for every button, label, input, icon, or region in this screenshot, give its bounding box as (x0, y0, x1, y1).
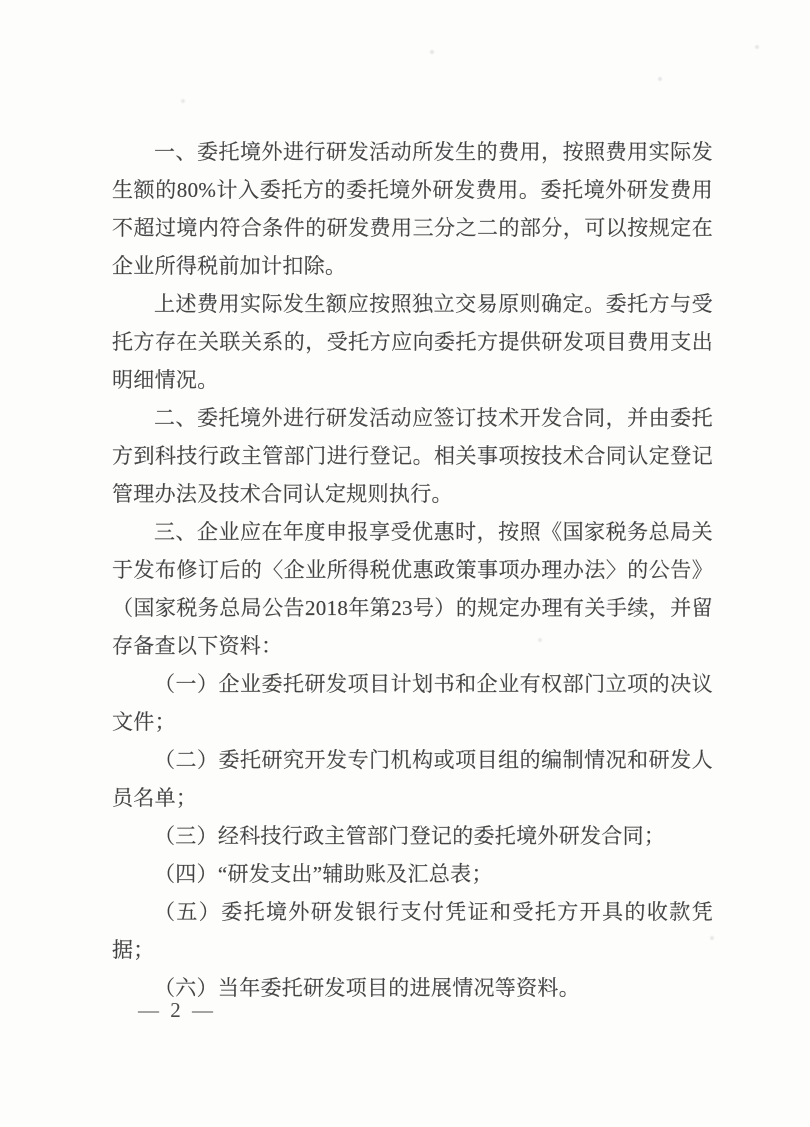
paragraph: （三）经科技行政主管部门登记的委托境外研发合同； (112, 817, 713, 855)
paragraph: 上述费用实际发生额应按照独立交易原则确定。委托方与受托方存在关联关系的，受托方应… (112, 285, 713, 399)
document-body: 一、委托境外进行研发活动所发生的费用，按照费用实际发生额的80%计入委托方的委托… (112, 133, 713, 1007)
paragraph: （五）委托境外研发银行支付凭证和受托方开具的收款凭据； (112, 893, 713, 969)
page-number: — 2 — (138, 998, 216, 1022)
paragraph: （二）委托研究开发专门机构或项目组的编制情况和研发人员名单； (112, 741, 713, 817)
paragraph: （四）“研发支出”辅助账及汇总表； (112, 855, 713, 893)
paragraph: 二、委托境外进行研发活动应签订技术开发合同，并由委托方到科技行政主管部门进行登记… (112, 399, 713, 513)
paragraph: 三、企业应在年度申报享受优惠时，按照《国家税务总局关于发布修订后的〈企业所得税优… (112, 513, 713, 665)
paragraph: （一）企业委托研发项目计划书和企业有权部门立项的决议文件； (112, 665, 713, 741)
paragraph: 一、委托境外进行研发活动所发生的费用，按照费用实际发生额的80%计入委托方的委托… (112, 133, 713, 285)
scanned-document-page: 一、委托境外进行研发活动所发生的费用，按照费用实际发生额的80%计入委托方的委托… (0, 0, 810, 1127)
